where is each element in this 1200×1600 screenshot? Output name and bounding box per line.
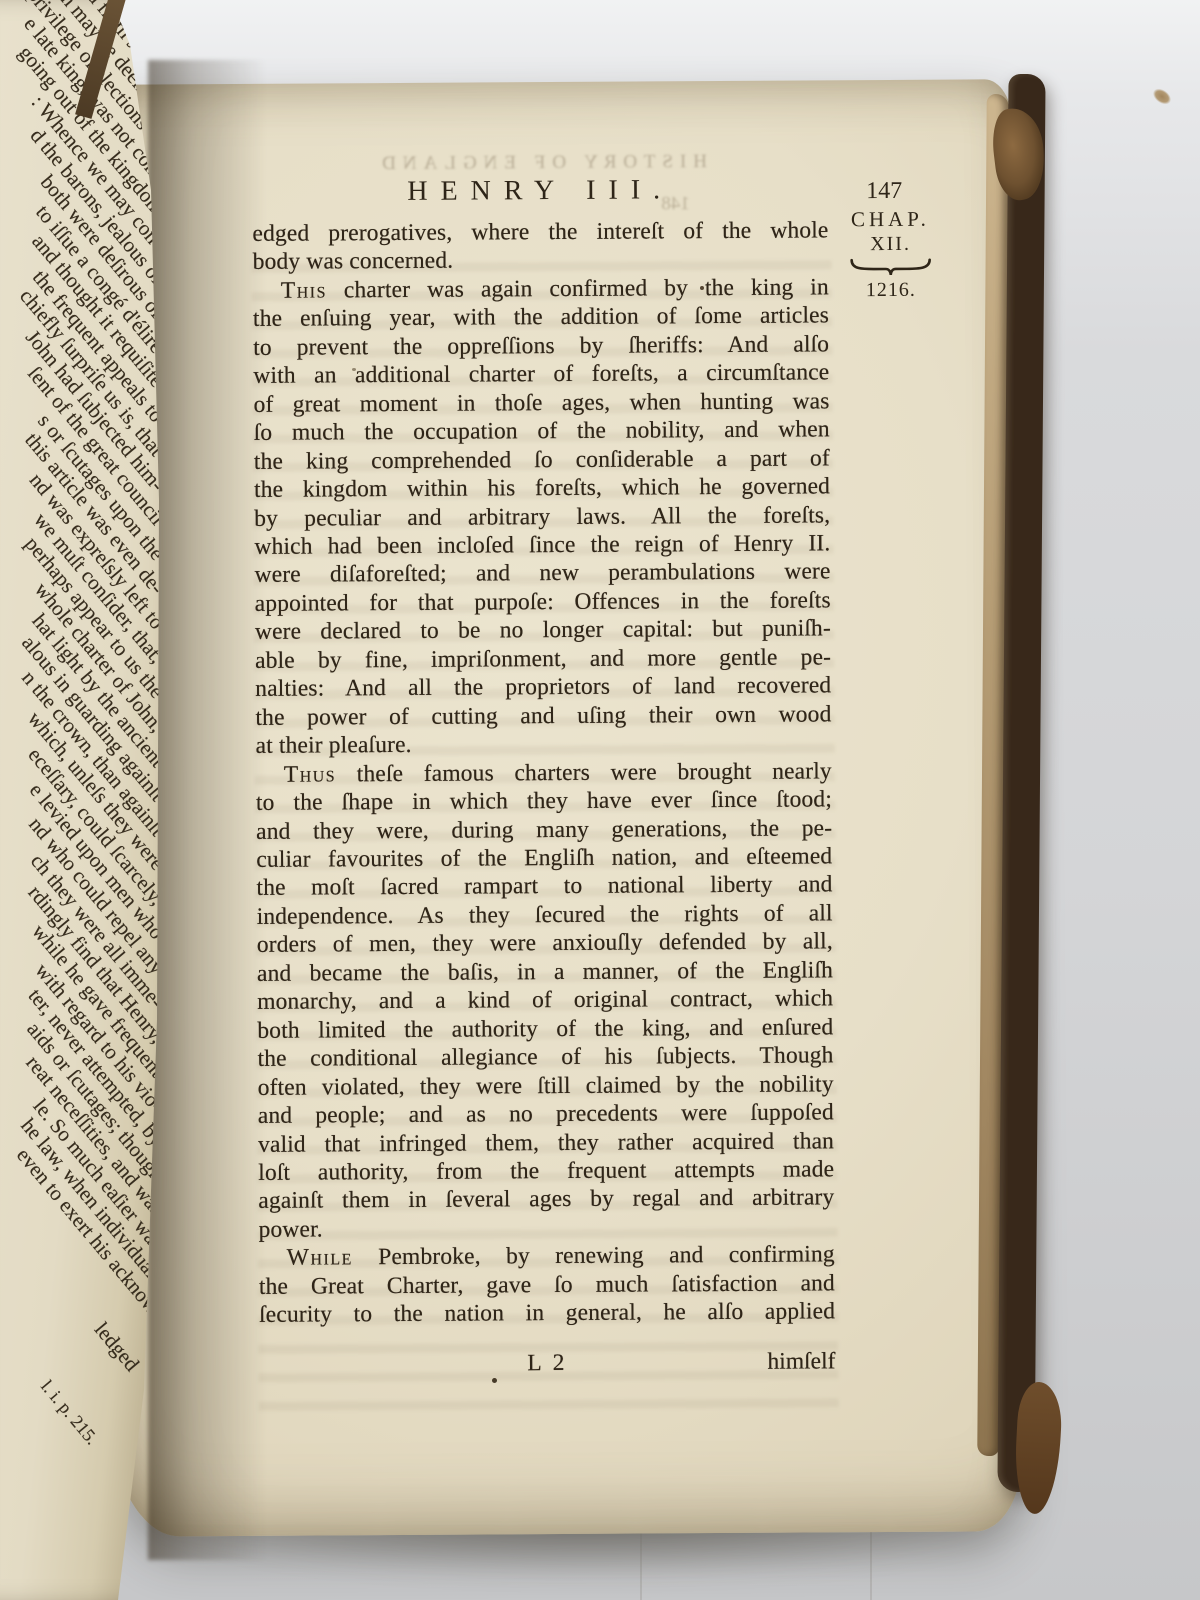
paragraph-lead-word: While [287, 1245, 353, 1271]
text-line: at their pleaſure. [256, 729, 832, 761]
foxing-spot [352, 368, 356, 371]
text-line: monarchy, and a kind of original contrac… [257, 985, 833, 1017]
chapter-brace-icon [848, 257, 934, 278]
text-line: the Great Charter, gave ſo much ſatisfac… [259, 1269, 835, 1301]
text-line: and became the baſis, in a manner, of th… [257, 956, 833, 988]
text-line: power. [258, 1212, 834, 1244]
text-line: by peculiar and arbitrary laws. All the … [254, 501, 830, 533]
text-line: ſo much the occupation of the nobility, … [254, 416, 830, 448]
year-note: 1216. [837, 279, 945, 303]
show-through-running-head: HISTORY OF ENGLAND [271, 150, 811, 175]
text-line: While Pembroke, by renewing and confirmi… [259, 1241, 835, 1273]
text-line: with an additional charter of foreſts, a… [253, 359, 829, 391]
text-line: and they were, during many generations, … [256, 814, 832, 846]
text-line: ſecurity to the nation in general, he al… [259, 1298, 835, 1330]
signature-row: L 2 himſelf [259, 1348, 835, 1382]
chapter-margin-note: CHAP. XII. 1216. [836, 207, 945, 303]
text-line: were diſaforeſted; and new perambulation… [254, 558, 830, 590]
gutter-shadow [148, 60, 266, 1560]
chapter-label: CHAP. [836, 207, 944, 233]
foxing-spot [1150, 85, 1174, 107]
text-line: This charter was again confirmed by the … [253, 273, 829, 305]
text-line: the power of cutting and uſing their own… [255, 700, 831, 732]
paragraph: edged prerogatives, where the intereſt o… [252, 216, 828, 276]
text-line: againſt them in ſeveral ages by regal an… [258, 1184, 834, 1216]
leather-fragment [1013, 1381, 1064, 1515]
text-line: to prevent the oppreſſions by ſheriffs: … [253, 330, 829, 362]
text-line: appointed for that purpoſe: Offences in … [255, 586, 831, 618]
text-line: the king comprehended ſo conſiderable a … [254, 444, 830, 476]
text-line: culiar favourites of the Engliſh nation,… [256, 842, 832, 874]
body-text: edged prerogatives, where the intereſt o… [252, 216, 835, 1329]
running-head-title: HENRY III. [252, 173, 828, 209]
paragraph-lead-word: Thus [284, 761, 337, 787]
text-line: the moſt ſacred rampart to national libe… [256, 871, 832, 903]
paragraph: This charter was again confirmed by the … [253, 273, 832, 760]
text-line: able by fine, impriſonment, and more gen… [255, 643, 831, 675]
text-line: Thus theſe famous charters were brought … [256, 757, 832, 789]
text-line: the kingdom within his foreſts, which he… [254, 472, 830, 504]
text-line: body was concerned. [253, 245, 829, 277]
text-line: of great moment in thoſe ages, when hunt… [253, 387, 829, 419]
signature-mark: L 2 [527, 1350, 567, 1377]
chapter-number: XII. [836, 233, 944, 257]
text-line: the enſuing year, with the addition of ſ… [253, 302, 829, 334]
foxing-spot [700, 286, 704, 290]
text-line: the conditional allegiance of his ſubjec… [257, 1041, 833, 1073]
left-page-footnote: l. i. p. 215. [35, 1374, 105, 1450]
foxing-spot [492, 1378, 497, 1383]
text-line: nalties: And all the proprietors of land… [255, 672, 831, 704]
text-line: valid that infringed them, they rather a… [258, 1127, 834, 1159]
text-line: to the ſhape in which they have ever ſin… [256, 785, 832, 817]
paragraph: While Pembroke, by renewing and confirmi… [259, 1241, 836, 1330]
text-line: loſt authority, from the frequent attemp… [258, 1155, 834, 1187]
paragraph-lead-word: This [281, 277, 327, 303]
text-line: orders of men, they were anxiouſly defen… [257, 928, 833, 960]
text-line: often violated, they were ſtill claimed … [258, 1070, 834, 1102]
page-number: 147 [866, 178, 946, 205]
text-line: which had been incloſed ſince the reign … [254, 529, 830, 561]
left-page-catchword: ledged [89, 1317, 145, 1377]
text-line: and people; and as no precedents were ſu… [258, 1098, 834, 1130]
catchword: himſelf [767, 1348, 835, 1375]
text-line: independence. As they ſecured the rights… [257, 899, 833, 931]
book-photo: HISTORY OF ENGLAND 148 HENRY III. 147 CH… [0, 0, 1200, 1600]
paragraph: Thus theſe famous charters were brought … [256, 757, 835, 1244]
text-line: were declared to be no longer capital: b… [255, 615, 831, 647]
text-line: both limited the authority of the king, … [257, 1013, 833, 1045]
text-line: edged prerogatives, where the intereſt o… [252, 216, 828, 248]
